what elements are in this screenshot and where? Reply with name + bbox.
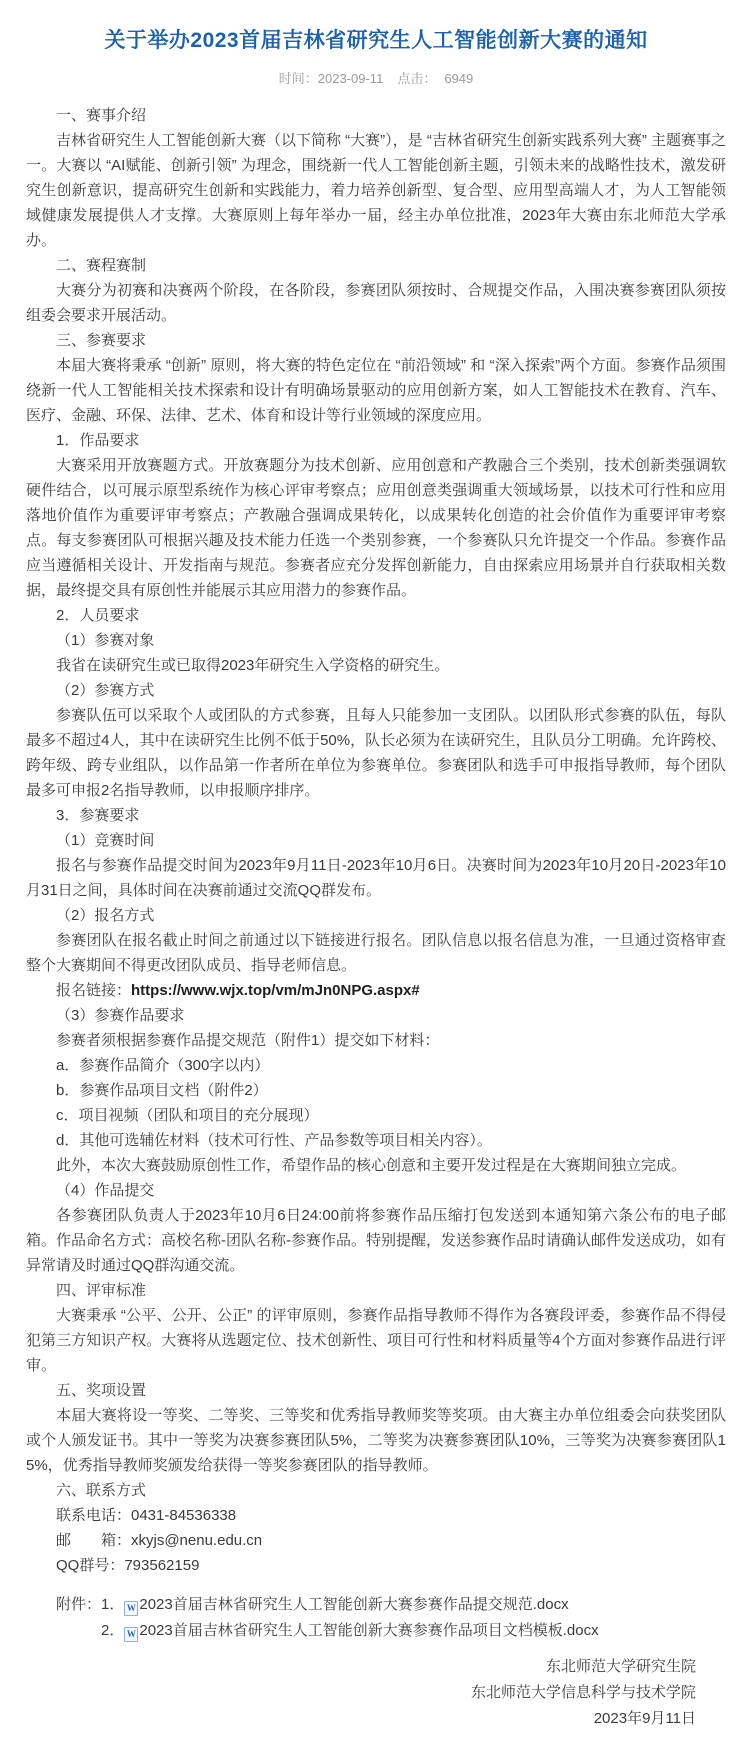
sub-heading: 1．作品要求	[26, 428, 726, 453]
signup-link-line: 报名链接：https://www.wjx.top/vm/mJn0NPG.aspx…	[26, 978, 726, 1003]
sub-sub-heading: （1）参赛对象	[26, 628, 726, 653]
attachments-label: 附件：	[26, 1592, 101, 1618]
section-heading: 五、奖项设置	[26, 1378, 726, 1403]
list-item: a．参赛作品简介（300字以内）	[26, 1053, 726, 1078]
sub-sub-heading: （2）参赛方式	[26, 678, 726, 703]
time-value: 2023-09-11	[318, 71, 384, 86]
sub-sub-heading: （4）作品提交	[26, 1178, 726, 1203]
clicks-label: 点击：	[397, 71, 436, 86]
signup-link[interactable]: https://www.wjx.top/vm/mJn0NPG.aspx#	[131, 982, 420, 999]
signature-org-1: 东北师范大学研究生院	[26, 1654, 696, 1680]
sub-heading: 2．人员要求	[26, 603, 726, 628]
list-item: d．其他可选辅佐材料（技术可行性、产品参数等项目相关内容）。	[26, 1128, 726, 1153]
paragraph: 参赛者须根据参赛作品提交规范（附件1）提交如下材料：	[26, 1028, 726, 1053]
signature-block: 东北师范大学研究生院 东北师范大学信息科学与技术学院 2023年9月11日	[26, 1654, 726, 1732]
sub-sub-heading: （1）竞赛时间	[26, 828, 726, 853]
attachment-row: 附件： 2．W2023首届吉林省研究生人工智能创新大赛参赛作品项目文档模板.do…	[26, 1618, 726, 1644]
attachment-number: 2．	[101, 1622, 124, 1639]
attachment-row: 附件： 1．W2023首届吉林省研究生人工智能创新大赛参赛作品提交规范.docx	[26, 1592, 726, 1618]
notice-page: 关于举办2023首届吉林省研究生人工智能创新大赛的通知 时间：2023-09-1…	[0, 0, 750, 1762]
paragraph: 大赛采用开放赛题方式。开放赛题分为技术创新、应用创意和产教融合三个类别，技术创新…	[26, 453, 726, 603]
section-heading: 一、赛事介绍	[26, 103, 726, 128]
notice-body: 一、赛事介绍 吉林省研究生人工智能创新大赛（以下简称 “大赛”），是 “吉林省研…	[26, 103, 726, 1578]
paragraph: 我省在读研究生或已取得2023年研究生入学资格的研究生。	[26, 653, 726, 678]
signature-date: 2023年9月11日	[26, 1706, 696, 1732]
paragraph: 大赛分为初赛和决赛两个阶段，在各阶段，参赛团队须按时、合规提交作品，入围决赛参赛…	[26, 278, 726, 328]
paragraph: 此外，本次大赛鼓励原创性工作，希望作品的核心创意和主要开发过程是在大赛期间独立完…	[26, 1153, 726, 1178]
paragraph: 本届大赛将设一等奖、二等奖、三等奖和优秀指导教师奖等奖项。由大赛主办单位组委会向…	[26, 1403, 726, 1478]
attachments-block: 附件： 1．W2023首届吉林省研究生人工智能创新大赛参赛作品提交规范.docx…	[26, 1592, 726, 1644]
signup-link-label: 报名链接：	[56, 982, 131, 999]
clicks-value: 6949	[444, 71, 473, 86]
word-doc-icon: W	[124, 1627, 138, 1642]
contact-qq-group: QQ群号：793562159	[26, 1553, 726, 1578]
contact-phone: 联系电话：0431-84536338	[26, 1503, 726, 1528]
signature-org-2: 东北师范大学信息科学与技术学院	[26, 1680, 696, 1706]
paragraph: 各参赛团队负责人于2023年10月6日24:00前将参赛作品压缩打包发送到本通知…	[26, 1203, 726, 1278]
section-heading: 四、评审标准	[26, 1278, 726, 1303]
section-heading: 六、联系方式	[26, 1478, 726, 1503]
sub-sub-heading: （2）报名方式	[26, 903, 726, 928]
sub-heading: 3．参赛要求	[26, 803, 726, 828]
attachment-link[interactable]: 2023首届吉林省研究生人工智能创新大赛参赛作品项目文档模板.docx	[139, 1622, 598, 1639]
contact-email: 邮 箱：xkyjs@nenu.edu.cn	[26, 1528, 726, 1553]
word-doc-icon: W	[124, 1601, 138, 1616]
meta-bar: 时间：2023-09-11点击：6949	[26, 68, 726, 87]
section-heading: 二、赛程赛制	[26, 253, 726, 278]
section-heading: 三、参赛要求	[26, 328, 726, 353]
paragraph: 大赛秉承 “公平、公开、公正” 的评审原则，参赛作品指导教师不得作为各赛段评委，…	[26, 1303, 726, 1378]
time-label: 时间：	[279, 71, 318, 86]
paragraph: 本届大赛将秉承 “创新” 原则，将大赛的特色定位在 “前沿领域” 和 “深入探索…	[26, 353, 726, 428]
attachment-link[interactable]: 2023首届吉林省研究生人工智能创新大赛参赛作品提交规范.docx	[139, 1596, 568, 1613]
page-title: 关于举办2023首届吉林省研究生人工智能创新大赛的通知	[26, 26, 726, 56]
attachment-number: 1．	[101, 1596, 124, 1613]
list-item: c．项目视频（团队和项目的充分展现）	[26, 1103, 726, 1128]
paragraph: 吉林省研究生人工智能创新大赛（以下简称 “大赛”），是 “吉林省研究生创新实践系…	[26, 128, 726, 253]
paragraph: 报名与参赛作品提交时间为2023年9月11日-2023年10月6日。决赛时间为2…	[26, 853, 726, 903]
paragraph: 参赛队伍可以采取个人或团队的方式参赛，且每人只能参加一支团队。以团队形式参赛的队…	[26, 703, 726, 803]
sub-sub-heading: （3）参赛作品要求	[26, 1003, 726, 1028]
list-item: b．参赛作品项目文档（附件2）	[26, 1078, 726, 1103]
paragraph: 参赛团队在报名截止时间之前通过以下链接进行报名。团队信息以报名信息为准，一旦通过…	[26, 928, 726, 978]
